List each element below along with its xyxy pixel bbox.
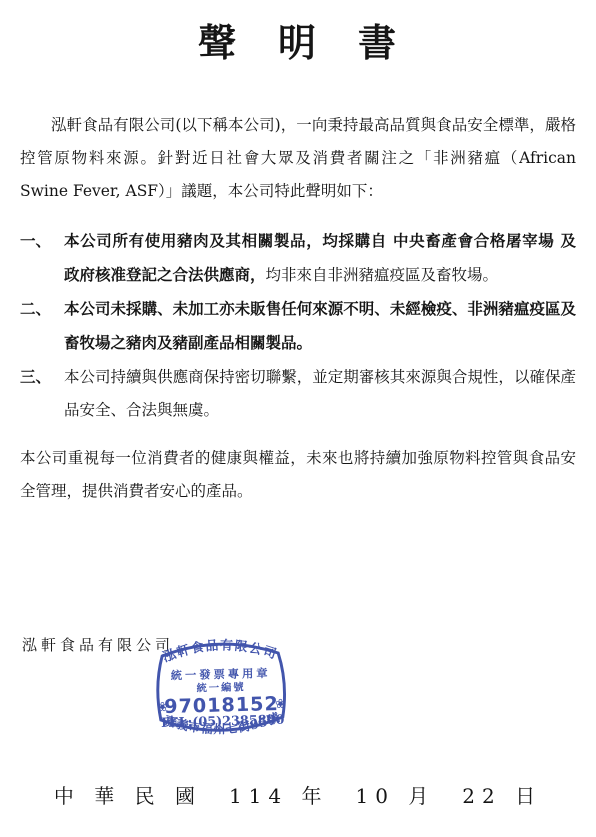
declaration-list: 一、 本公司所有使用豬肉及其相關製品，均採購自 中央畜產會合格屠宰場 及 政府核… [20, 224, 576, 427]
document-body: 泓軒食品有限公司(以下稱本公司)，一向秉持最高品質與食品安全標準，嚴格控管原物料… [20, 109, 576, 508]
stamp-invoice-label: 統一發票專用章 [171, 666, 271, 683]
item-text: 本公司持續與供應商保持密切聯繫，並定期審核其來源與合規性，以確保產品安全、合法與… [64, 360, 576, 427]
svg-text:泓軒食品有限公司: 泓軒食品有限公司 [160, 636, 280, 666]
item-text-normal: 均非來自非洲豬瘟疫區及畜牧場。 [266, 266, 499, 284]
declaration-document: 聲 明 書 泓軒食品有限公司(以下稱本公司)，一向秉持最高品質與食品安全標準，嚴… [0, 0, 596, 837]
declaration-item-1: 一、 本公司所有使用豬肉及其相關製品，均採購自 中央畜產會合格屠宰場 及 政府核… [20, 224, 576, 292]
item-text-normal: 本公司持續與供應商保持密切聯繫，並定期審核其來源與合規性，以確保產品安全、合法與… [64, 368, 576, 419]
item-number: 二、 [20, 292, 64, 360]
date-line: 中 華 民 國 114 年 10 月 22 日 [0, 780, 596, 809]
item-number: 三、 [20, 360, 64, 427]
closing-paragraph: 本公司重視每一位消費者的健康與權益，未來也將持續加強原物料控管與食品安全管理，提… [20, 442, 576, 508]
item-text: 本公司未採購、未加工亦未販售任何來源不明、未經檢疫、非洲豬瘟疫區及畜牧場之豬肉及… [64, 292, 576, 360]
document-title: 聲 明 書 [0, 0, 596, 67]
intro-paragraph: 泓軒食品有限公司(以下稱本公司)，一向秉持最高品質與食品安全標準，嚴格控管原物料… [20, 109, 576, 208]
item-text-bold: 本公司未採購、未加工亦未販售任何來源不明、未經檢疫、非洲豬瘟疫區及畜牧場之豬肉及… [64, 299, 576, 352]
item-number: 一、 [20, 224, 64, 292]
declaration-item-3: 三、 本公司持續與供應商保持密切聯繫，並定期審核其來源與合規性，以確保產品安全、… [20, 360, 576, 427]
item-text: 本公司所有使用豬肉及其相關製品，均採購自 中央畜產會合格屠宰場 及 政府核准登記… [64, 224, 576, 292]
declaration-item-2: 二、 本公司未採購、未加工亦未販售任何來源不明、未經檢疫、非洲豬瘟疫區及畜牧場之… [20, 292, 576, 360]
stamp-company-arc: 泓軒食品有限公司 [160, 636, 280, 666]
company-stamp: 泓軒食品有限公司 統一發票專用章 統一編號 ❀ 97018152 ❀ TEL:(… [145, 624, 296, 748]
